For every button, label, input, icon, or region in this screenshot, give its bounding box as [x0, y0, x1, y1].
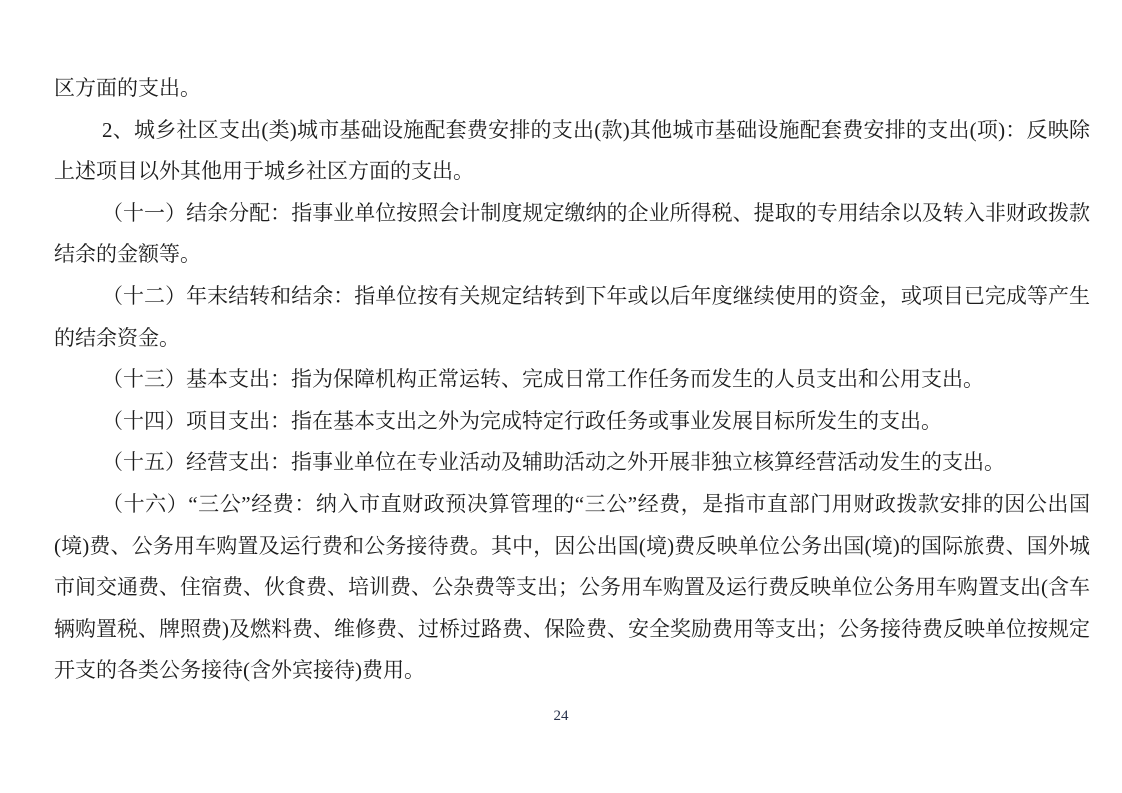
document-page: 区方面的支出。 2、城乡社区支出(类)城市基础设施配套费安排的支出(款)其他城市… — [0, 0, 1122, 793]
paragraph-item-2: 2、城乡社区支出(类)城市基础设施配套费安排的支出(款)其他城市基础设施配套费安… — [54, 110, 1090, 193]
page-number: 24 — [0, 706, 1122, 726]
paragraph-item-16: （十六）“三公”经费：纳入市直财政预决算管理的“三公”经费，是指市直部门用财政拨… — [54, 484, 1090, 692]
paragraph-item-11: （十一）结余分配：指事业单位按照会计制度规定缴纳的企业所得税、提取的专用结余以及… — [54, 193, 1090, 276]
paragraph-item-14: （十四）项目支出：指在基本支出之外为完成特定行政任务或事业发展目标所发生的支出。 — [54, 401, 1090, 443]
document-text-body: 区方面的支出。 2、城乡社区支出(类)城市基础设施配套费安排的支出(款)其他城市… — [54, 68, 1090, 692]
paragraph-item-12: （十二）年末结转和结余：指单位按有关规定结转到下年或以后年度继续使用的资金，或项… — [54, 276, 1090, 359]
paragraph-item-15: （十五）经营支出：指事业单位在专业活动及辅助活动之外开展非独立核算经营活动发生的… — [54, 442, 1090, 484]
paragraph-continuation: 区方面的支出。 — [54, 68, 1090, 110]
paragraph-item-13: （十三）基本支出：指为保障机构正常运转、完成日常工作任务而发生的人员支出和公用支… — [54, 359, 1090, 401]
